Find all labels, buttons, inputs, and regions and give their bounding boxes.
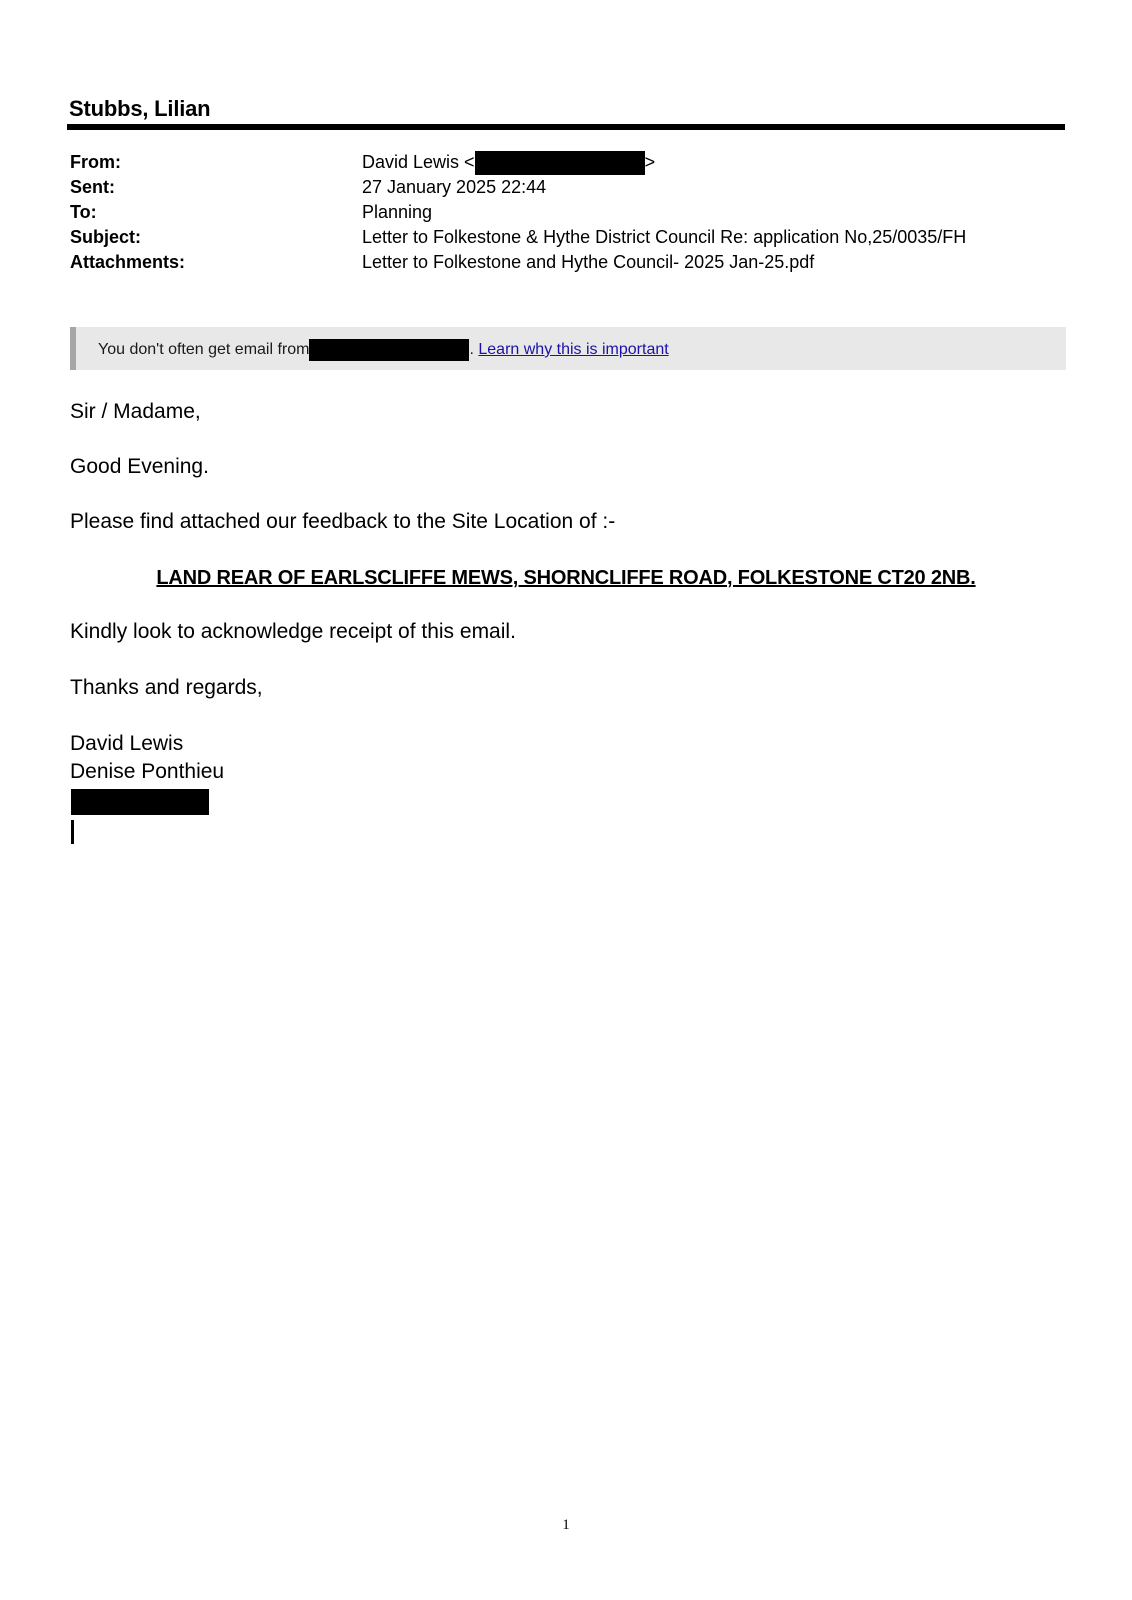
from-value: David Lewis <> xyxy=(362,150,655,175)
sent-label: Sent: xyxy=(70,175,115,200)
redacted-sender xyxy=(309,339,469,361)
title-divider xyxy=(67,124,1065,130)
attachments-label: Attachments: xyxy=(70,250,185,275)
redacted-email xyxy=(475,151,645,175)
banner-text: You don't often get email from xyxy=(98,341,309,358)
subject-value: Letter to Folkestone & Hythe District Co… xyxy=(362,225,966,250)
intro-text: Please find attached our feedback to the… xyxy=(70,510,615,534)
banner-message: You don't often get email from. Learn wh… xyxy=(98,339,669,361)
page-number: 1 xyxy=(0,1517,1132,1534)
closing-text: Thanks and regards, xyxy=(70,676,263,700)
sent-value: 27 January 2025 22:44 xyxy=(362,175,546,200)
to-value: Planning xyxy=(362,200,432,225)
signature-name-1: David Lewis xyxy=(70,732,183,756)
subject-label: Subject: xyxy=(70,225,141,250)
from-close: > xyxy=(645,152,656,172)
attachment-file[interactable]: Letter to Folkestone and Hythe Council- … xyxy=(362,250,814,275)
page-title: Stubbs, Lilian xyxy=(69,96,210,122)
to-label: To: xyxy=(70,200,97,225)
signature-name-2: Denise Ponthieu xyxy=(70,760,224,784)
learn-why-link[interactable]: Learn why this is important xyxy=(478,341,668,358)
site-address: LAND REAR OF EARLSCLIFFE MEWS, SHORNCLIF… xyxy=(0,567,1132,590)
text-cursor xyxy=(71,820,74,844)
from-name: David Lewis < xyxy=(362,152,475,172)
external-sender-banner: You don't often get email from. Learn wh… xyxy=(70,327,1066,370)
salutation: Sir / Madame, xyxy=(70,400,201,424)
request-text: Kindly look to acknowledge receipt of th… xyxy=(70,620,516,644)
from-label: From: xyxy=(70,150,121,175)
greeting: Good Evening. xyxy=(70,455,209,479)
redacted-signature-line xyxy=(71,789,209,815)
